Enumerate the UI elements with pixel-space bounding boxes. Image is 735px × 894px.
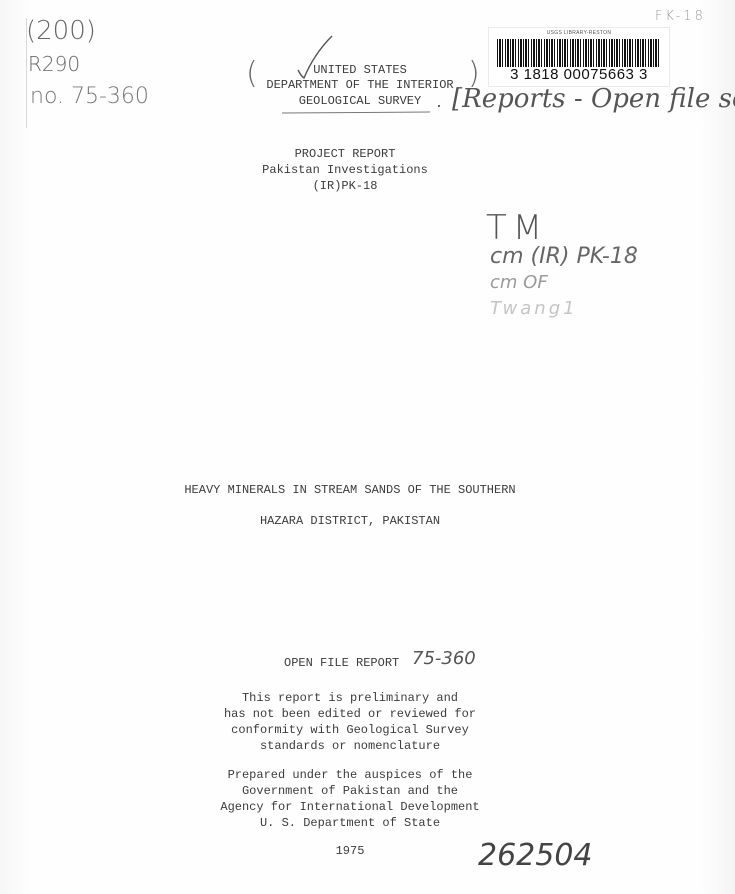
handwritten-note-200: (200) [26, 16, 96, 46]
auspices-line2: Government of Pakistan and the [180, 784, 520, 798]
handwritten-cm-of: cm OF [490, 272, 548, 293]
barcode-number: 3 1818 00075663 3 [489, 66, 669, 83]
project-report-label: PROJECT REPORT [230, 147, 460, 161]
handwritten-note-report-number: no. 75-360 [30, 84, 149, 109]
handwritten-accession-number: 262504 [478, 838, 593, 873]
open-file-report-label: OPEN FILE REPORT [284, 656, 414, 670]
header-department: DEPARTMENT OF THE INTERIOR [250, 78, 470, 92]
disclaimer-line1: This report is preliminary and [180, 691, 520, 705]
pencil-underline [282, 111, 430, 113]
report-title-line2: HAZARA DISTRICT, PAKISTAN [130, 514, 570, 528]
disclaimer-line3: conformity with Geological Survey [180, 723, 520, 737]
publication-year: 1975 [320, 844, 380, 858]
header-united-states: UNITED STATES [250, 63, 470, 77]
handwritten-cm-ir-pk18: cm (IR) PK-18 [490, 244, 638, 269]
handwritten-open-file-number: 75-360 [412, 648, 476, 669]
auspices-line3: Agency for International Development [180, 800, 520, 814]
disclaimer-line2: has not been edited or reviewed for [180, 707, 520, 721]
barcode-caption: USGS LIBRARY-RESTON [489, 30, 669, 36]
handwritten-series-note: [Reports - Open file series] [452, 84, 735, 114]
handwritten-corner-mark: FK-18 [655, 9, 706, 24]
document-page: (200) R290 no. 75-360 FK-18 USGS LIBRARY… [0, 0, 735, 894]
handwritten-dot: . [437, 92, 442, 111]
barcode-icon [497, 39, 661, 67]
auspices-line1: Prepared under the auspices of the [180, 768, 520, 782]
project-number: (IR)PK-18 [230, 179, 460, 193]
auspices-line4: U. S. Department of State [180, 816, 520, 830]
handwritten-tm: TM [486, 208, 548, 248]
disclaimer-line4: standards or nomenclature [180, 739, 520, 753]
handwritten-note-call-number: R290 [28, 52, 80, 76]
library-barcode-label: USGS LIBRARY-RESTON 3 1818 00075663 3 [488, 27, 670, 87]
project-name: Pakistan Investigations [230, 163, 460, 177]
report-title-line1: HEAVY MINERALS IN STREAM SANDS OF THE SO… [130, 483, 570, 497]
handwritten-twang: Twang1 [490, 298, 578, 319]
